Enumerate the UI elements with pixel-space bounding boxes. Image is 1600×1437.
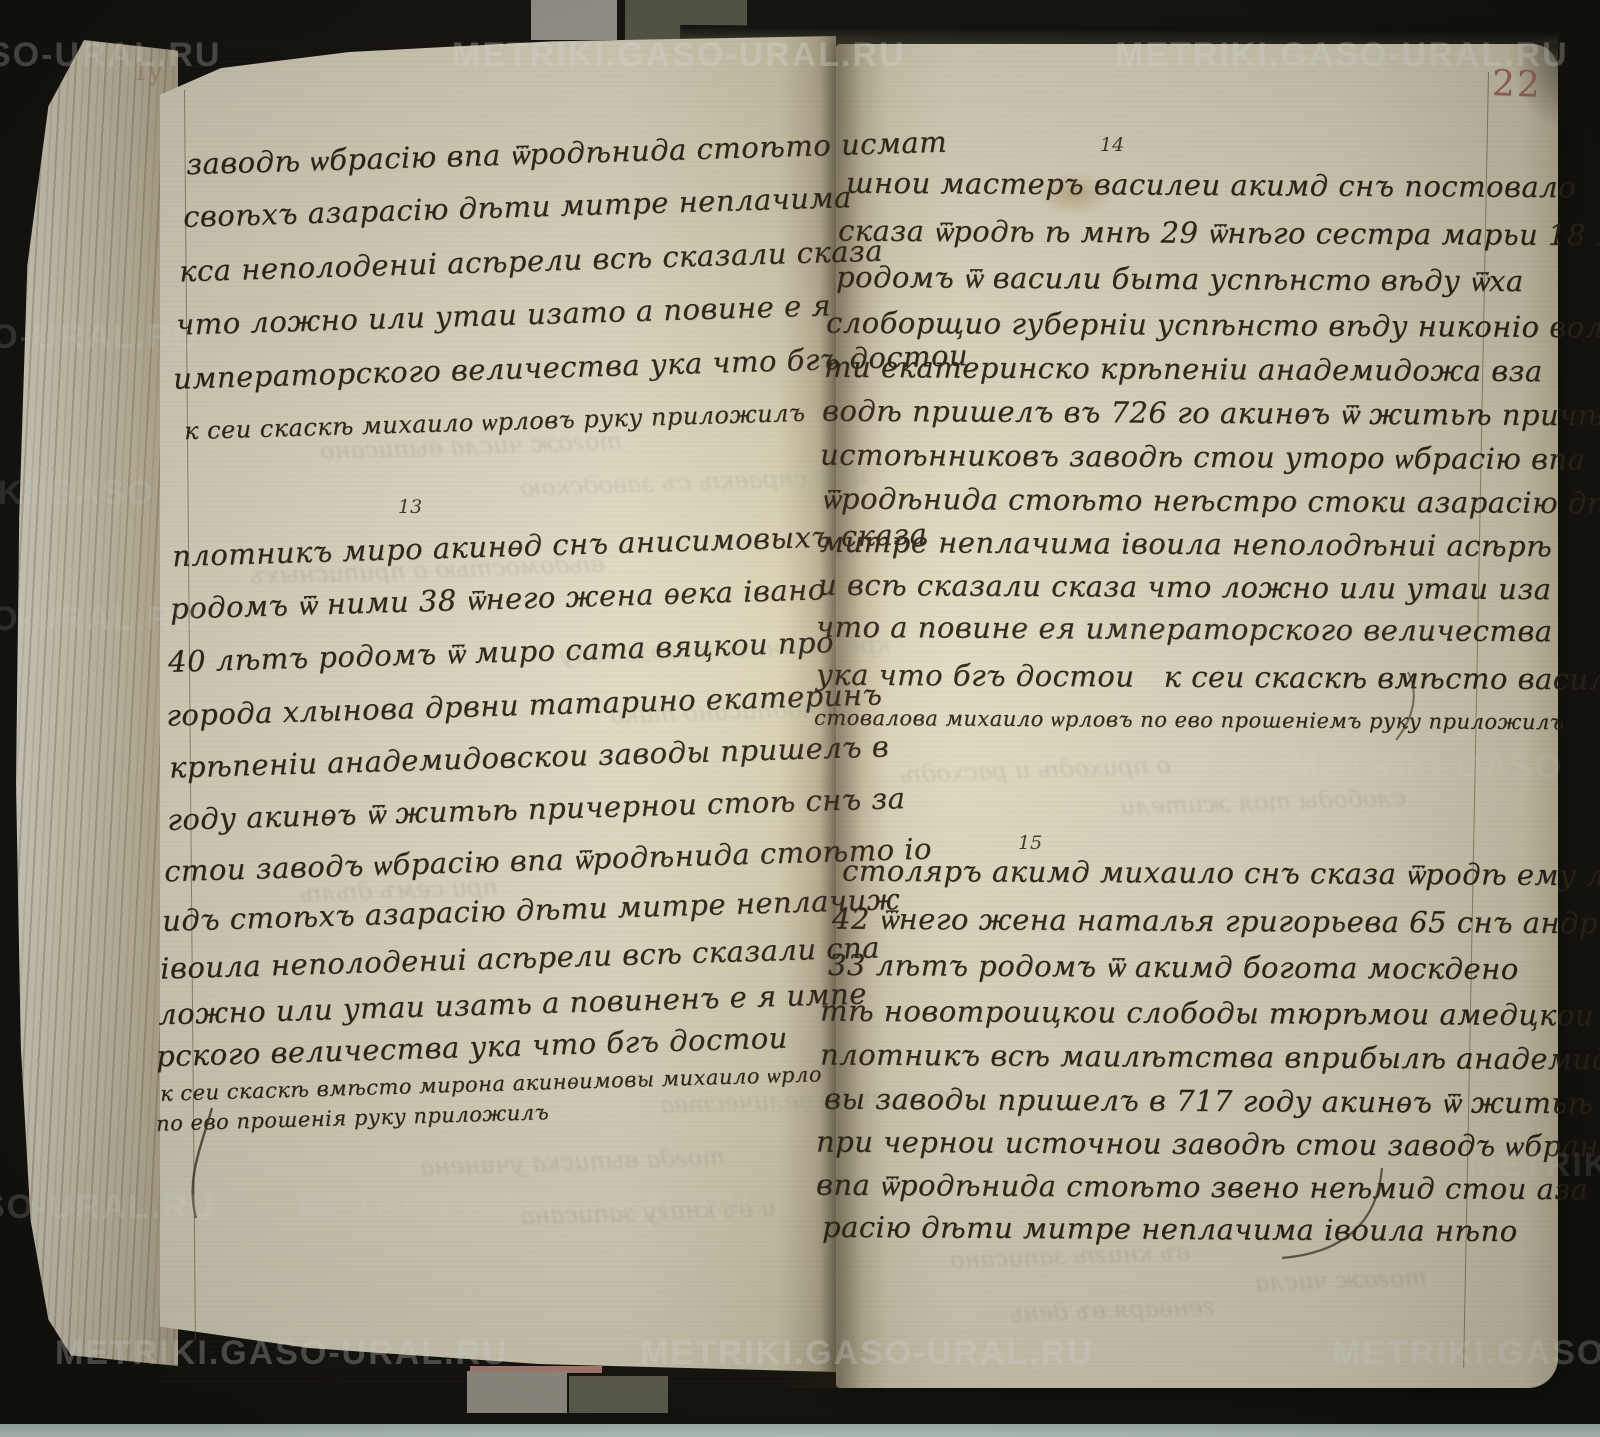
paper-stain (1035, 172, 1115, 216)
page-number: 22 (1491, 63, 1542, 106)
cradle-block-top-grey (531, 0, 617, 40)
scanner-bed-strip (0, 1424, 1600, 1437)
book-gutter-shadow (778, 36, 888, 1388)
page-edge-stack (16, 40, 178, 1366)
manuscript-scan: тогож числа выписанои по справкѣ съ заво… (0, 0, 1600, 1437)
